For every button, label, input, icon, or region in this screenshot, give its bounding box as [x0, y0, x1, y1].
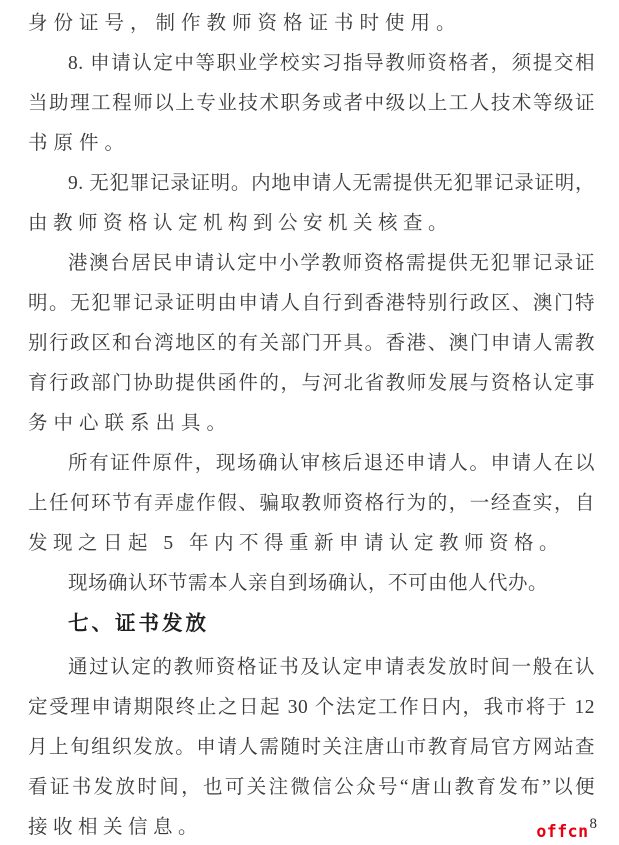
doc-line: 育行政部门协助提供函件的，与河北省教师发展与资格认定事: [28, 364, 595, 404]
doc-line: 所有证件原件，现场确认审核后退还申请人。申请人在以: [28, 444, 595, 484]
document-body: 身份证号，制作教师资格证书时使用。 8. 申请认定中等职业学校实习指导教师资格者…: [28, 4, 595, 845]
doc-line: 明。无犯罪记录证明由申请人自行到香港特别行政区、澳门特: [28, 284, 595, 324]
doc-line: 书原件。: [28, 124, 595, 164]
doc-line: 务中心联系出具。: [28, 404, 595, 444]
doc-line: 定受理申请期限终止之日起 30 个法定工作日内，我市将于 12: [28, 688, 595, 728]
document-page: 身份证号，制作教师资格证书时使用。 8. 申请认定中等职业学校实习指导教师资格者…: [0, 0, 619, 845]
doc-line: 通过认定的教师资格证书及认定申请表发放时间一般在认: [28, 648, 595, 688]
page-number: 8: [590, 815, 598, 833]
footer-mark: offcn8: [536, 815, 597, 842]
doc-line: 9. 无犯罪记录证明。内地申请人无需提供无犯罪记录证明，: [28, 164, 595, 204]
doc-line: 现场确认环节需本人亲自到场确认，不可由他人代办。: [28, 564, 595, 604]
doc-line: 接收相关信息。: [28, 808, 595, 845]
doc-line: 别行政区和台湾地区的有关部门开具。香港、澳门申请人需教: [28, 324, 595, 364]
doc-line: 发现之日起 5 年内不得重新申请认定教师资格。: [28, 524, 595, 564]
section-heading: 七、证书发放: [28, 604, 595, 644]
doc-line: 当助理工程师以上专业技术职务或者中级以上工人技术等级证: [28, 84, 595, 124]
doc-line: 8. 申请认定中等职业学校实习指导教师资格者，须提交相: [28, 44, 595, 84]
doc-line: 港澳台居民申请认定中小学教师资格需提供无犯罪记录证: [28, 244, 595, 284]
offcn-watermark: offcn: [536, 822, 588, 841]
doc-line: 月上旬组织发放。申请人需随时关注唐山市教育局官方网站查: [28, 728, 595, 768]
doc-line: 由教师资格认定机构到公安机关核查。: [28, 204, 595, 244]
doc-line: 看证书发放时间，也可关注微信公众号“唐山教育发布”以便: [28, 768, 595, 808]
doc-line: 上任何环节有弄虚作假、骗取教师资格行为的，一经查实，自: [28, 484, 595, 524]
doc-line: 身份证号，制作教师资格证书时使用。: [28, 4, 595, 44]
